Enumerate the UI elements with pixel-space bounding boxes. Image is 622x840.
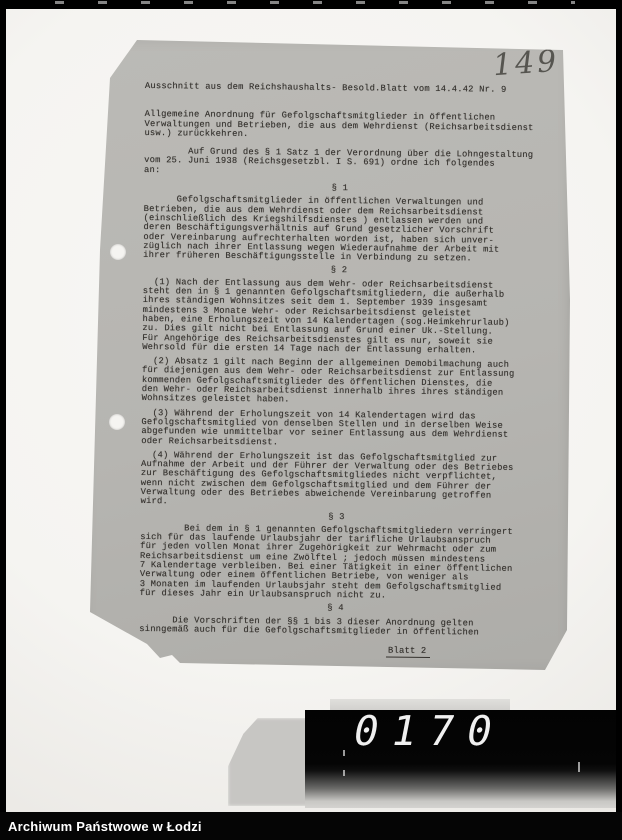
page-footer-note: Blatt 2 — [386, 647, 430, 659]
archive-footer: Archiwum Państwowe w Łodzi — [0, 812, 622, 840]
film-counter: 0170 — [305, 710, 616, 808]
punch-hole — [109, 414, 125, 430]
handwritten-page-number: 149 — [492, 44, 561, 84]
document-preamble: Auf Grund des § 1 Satz 1 der Verordnung … — [144, 147, 536, 179]
section-heading: § 4 — [139, 602, 531, 615]
film-edge-marks — [55, 1, 575, 4]
counter-shadow — [228, 718, 313, 806]
counter-tick — [343, 770, 345, 776]
section-heading: § 2 — [143, 264, 535, 277]
counter-tick — [343, 750, 345, 756]
section-body: Bei dem in § 1 genannten Gefolgschaftsmi… — [140, 524, 533, 602]
section-1: § 1 Gefolgschaftsmitglieder in öffentlic… — [143, 182, 536, 264]
document-text: Ausschnitt aus dem Reichshaushalts- Beso… — [139, 82, 537, 660]
section-3: § 3 Bei dem in § 1 genannten Gefolgschaf… — [140, 511, 533, 603]
section-body: Die Vorschriften der §§ 1 bis 3 dieser A… — [139, 616, 531, 639]
document-text-line: sinngemäß auch für die Gefolgschaftsmitg… — [139, 625, 531, 638]
counter-digits: 0170 — [351, 716, 508, 746]
section-heading: § 1 — [144, 182, 536, 195]
counter-tick — [578, 762, 580, 772]
document-subject: Allgemeine Anordnung für Gefolgschaftsmi… — [144, 110, 536, 142]
punch-hole — [110, 244, 126, 260]
section-4: § 4 Die Vorschriften der §§ 1 bis 3 dies… — [139, 602, 531, 638]
document-page: 149 Ausschnitt aus dem Reichshaushalts- … — [85, 36, 575, 681]
page-footer-row: Blatt 2 — [139, 644, 531, 659]
photo-frame: 149 Ausschnitt aus dem Reichshaushalts- … — [0, 0, 622, 840]
section-body: Gefolgschaftsmitglieder in öffentlichen … — [143, 195, 536, 264]
section-body: (1) Nach der Entlassung aus dem Wehr- od… — [141, 278, 535, 511]
section-2: § 2 (1) Nach der Entlassung aus dem Wehr… — [141, 264, 536, 510]
photo-background: 149 Ausschnitt aus dem Reichshaushalts- … — [6, 9, 616, 812]
archive-name: Archiwum Państwowe w Łodzi — [0, 819, 202, 834]
document-title: Ausschnitt aus dem Reichshaushalts- Beso… — [145, 82, 537, 95]
section-heading: § 3 — [140, 511, 532, 524]
